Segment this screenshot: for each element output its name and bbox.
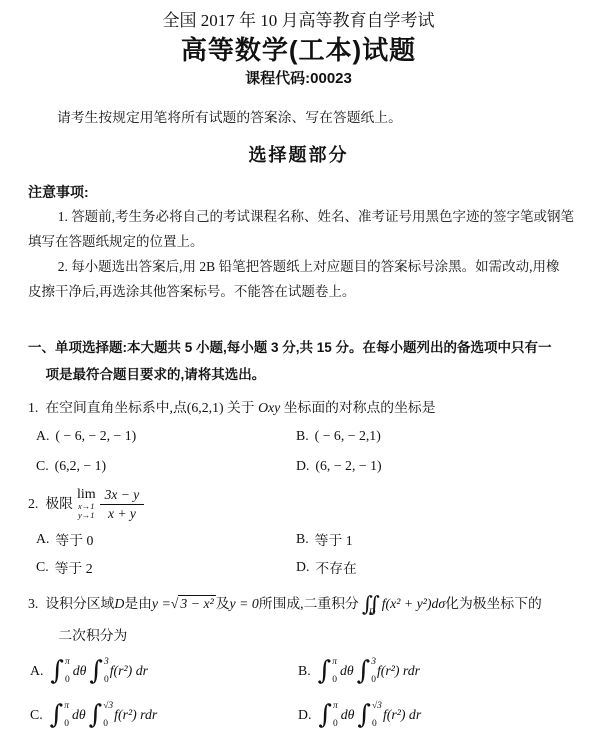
answer-sheet-instruction: 请考生按规定用笔将所有试题的答案涂、写在答题纸上。	[28, 107, 569, 129]
q1-option-a: A.( − 6, − 2, − 1)	[36, 428, 296, 444]
question-3-options-row-2: C. ∫π0 dθ ∫√30 f(r²) rdr D. ∫π0 dθ ∫√30 …	[28, 693, 569, 737]
fraction: 3x − y x + y	[100, 487, 145, 522]
q2-option-a-text: 等于 0	[55, 529, 93, 549]
question-3-stem-line-2: 二次积分为	[28, 623, 569, 649]
sqrt-expression: √3 − x²	[171, 589, 216, 619]
question-1-options-row-1: A.( − 6, − 2, − 1) B.( − 6, − 2,1)	[28, 421, 569, 451]
q3-a-integrand: f(r²) dr	[110, 663, 148, 679]
question-2-number: 2.	[28, 491, 38, 517]
q1-option-c-text: (6,2, − 1)	[55, 458, 106, 474]
question-2-stem: 2.极限 lim x→1 y→1 3x − y x + y	[28, 483, 569, 525]
q3-d-outer-integral: ∫π0	[318, 700, 337, 730]
q3-c-inner-lower: 0	[103, 719, 113, 729]
q3-c-dtheta: dθ	[72, 707, 86, 723]
q3-c-outer-lower: 0	[64, 719, 69, 729]
q3-c-outer-integral: ∫π0	[50, 700, 69, 730]
q1-option-b: B.( − 6, − 2,1)	[296, 428, 569, 444]
q3-a-dtheta: dθ	[73, 663, 87, 679]
q3-c-outer-upper: π	[64, 701, 69, 711]
q3-c-integrand: f(r²) rdr	[114, 707, 157, 723]
integral-sign: ∫	[357, 701, 371, 729]
q2-option-b-label: B.	[296, 531, 309, 547]
q1-option-c: C.(6,2, − 1)	[36, 458, 296, 474]
limit-notation: lim x→1 y→1	[77, 488, 96, 520]
q3-b-integrand: f(r²) rdr	[377, 663, 420, 679]
integral-sign: ∫	[318, 657, 332, 685]
q3-b-outer-lower: 0	[332, 675, 337, 685]
double-integral-domain: D	[369, 597, 376, 627]
question-1: 1.在空间直角坐标系中,点(6,2,1) 关于 Oxy 坐标面的对称点的坐标是 …	[28, 395, 569, 481]
question-2-options-row-1: A.等于 0 B.等于 1	[28, 525, 569, 553]
q3-a-outer-lower: 0	[65, 675, 70, 685]
q3-text-4: 所围成,二重积分	[259, 589, 359, 619]
integral-sign: ∫	[50, 657, 64, 685]
paper-title: 高等数学(工本)试题	[28, 34, 569, 66]
integral-sign: ∫	[89, 657, 103, 685]
q2-option-c: C.等于 2	[36, 557, 296, 577]
q1-option-d: D.(6, − 2, − 1)	[296, 458, 569, 474]
exam-session-line: 全国 2017 年 10 月高等教育自学考试	[28, 8, 569, 34]
q3-d-inner-integral: ∫√30	[357, 700, 382, 730]
q3-integrand: f(x² + y²)dσ	[382, 589, 445, 619]
q3-line-eq: y = 0	[230, 589, 259, 619]
question-2: 2.极限 lim x→1 y→1 3x − y x + y A.等于 0 B.等…	[28, 483, 569, 581]
question-1-options-row-2: C.(6,2, − 1) D.(6, − 2, − 1)	[28, 451, 569, 481]
question-3-stem: 3.设积分区域 D 是由 y = √3 − x² 及 y = 0 所围成,二重积…	[28, 589, 569, 619]
exam-paper-page: 全国 2017 年 10 月高等教育自学考试 高等数学(工本)试题 课程代码:0…	[0, 0, 597, 756]
q1-option-d-text: (6, − 2, − 1)	[315, 458, 381, 474]
q2-option-d-text: 不存在	[315, 557, 356, 577]
q3-a-outer-upper: π	[65, 657, 70, 667]
question-1-number: 1.	[28, 400, 38, 415]
course-code: 课程代码:00023	[28, 68, 569, 90]
note-2-line-1: 2. 每小题选出答案后,用 2B 铅笔把答题纸上对应题目的答案标号涂黑。如需改动…	[28, 254, 569, 279]
integral-sign: ∫	[357, 657, 371, 685]
q3-b-dtheta: dθ	[340, 663, 354, 679]
q2-option-a-label: A.	[36, 531, 49, 547]
note-2-line-2: 皮擦干净后,再选涂其他答案标号。不能答在试题卷上。	[28, 279, 569, 304]
note-1-line-1: 1. 答题前,考生务必将自己的考试课程名称、姓名、准考证号用黑色字迹的签字笔或钢…	[28, 204, 569, 229]
q2-option-c-label: C.	[36, 559, 49, 575]
q3-option-c-label: C.	[30, 707, 43, 723]
q1-option-c-label: C.	[36, 458, 49, 474]
question-1-text: 在空间直角坐标系中,点(6,2,1) 关于	[45, 400, 258, 415]
q3-text-1: 设积分区域	[45, 589, 114, 619]
q2-option-c-text: 等于 2	[55, 557, 93, 577]
q3-option-d-label: D.	[298, 707, 311, 723]
q3-d-dtheta: dθ	[341, 707, 355, 723]
q3-b-inner-upper: 3	[371, 657, 376, 667]
double-integral: ∬D	[362, 589, 380, 619]
notes-title: 注意事项:	[28, 180, 569, 204]
question-3-options-row-1: A. ∫π0 dθ ∫30 f(r²) dr B. ∫π0 dθ ∫30 f(r…	[28, 649, 569, 693]
q3-text-2: 是由	[124, 589, 152, 619]
q3-option-a-label: A.	[30, 663, 43, 679]
limit-word: lim	[77, 488, 96, 502]
q2-option-b: B.等于 1	[296, 529, 569, 549]
q2-option-a: A.等于 0	[36, 529, 296, 549]
q3-curve-eq-lhs: y =	[152, 589, 171, 619]
q3-region-var: D	[114, 589, 124, 619]
q3-d-integrand: f(r²) dr	[383, 707, 421, 723]
q3-b-inner-lower: 0	[371, 675, 376, 685]
q3-d-inner-lower: 0	[372, 719, 382, 729]
paper-header: 全国 2017 年 10 月高等教育自学考试 高等数学(工本)试题 课程代码:0…	[28, 8, 569, 90]
part1-heading-line-2: 项是最符合题目要求的,请将其选出。	[28, 361, 569, 388]
question-3: 3.设积分区域 D 是由 y = √3 − x² 及 y = 0 所围成,二重积…	[28, 589, 569, 737]
q3-text-5: 化为极坐标下的	[445, 589, 542, 619]
fraction-denominator: x + y	[108, 505, 136, 522]
q3-b-outer-integral: ∫π0	[318, 656, 337, 686]
question-1-text-tail: 坐标面的对称点的坐标是	[280, 400, 435, 415]
q3-option-c: C. ∫π0 dθ ∫√30 f(r²) rdr	[30, 700, 298, 730]
q3-d-outer-lower: 0	[333, 719, 338, 729]
q1-option-b-label: B.	[296, 428, 309, 444]
question-1-stem: 1.在空间直角坐标系中,点(6,2,1) 关于 Oxy 坐标面的对称点的坐标是	[28, 395, 569, 421]
q3-c-inner-integral: ∫√30	[89, 700, 114, 730]
question-2-text: 极限	[45, 491, 73, 517]
q2-option-d-label: D.	[296, 559, 309, 575]
notes-block: 注意事项: 1. 答题前,考生务必将自己的考试课程名称、姓名、准考证号用黑色字迹…	[28, 180, 569, 304]
q1-option-a-label: A.	[36, 428, 49, 444]
integral-sign: ∫	[318, 701, 332, 729]
integral-sign: ∫	[50, 701, 64, 729]
note-1-line-2: 填写在答题纸规定的位置上。	[28, 229, 569, 254]
q2-option-d: D.不存在	[296, 557, 569, 577]
q3-option-b-label: B.	[298, 663, 311, 679]
q1-option-a-text: ( − 6, − 2, − 1)	[55, 428, 136, 444]
q3-a-inner-lower: 0	[104, 675, 109, 685]
q2-option-b-text: 等于 1	[315, 529, 353, 549]
integral-sign: ∫	[89, 701, 103, 729]
question-3-number: 3.	[28, 589, 38, 619]
section-title: 选择题部分	[28, 142, 569, 168]
limit-subscript-y: y→1	[78, 511, 95, 520]
question-1-plane-var: Oxy	[258, 400, 280, 415]
q3-option-a: A. ∫π0 dθ ∫30 f(r²) dr	[30, 656, 298, 686]
q3-option-b: B. ∫π0 dθ ∫30 f(r²) rdr	[298, 656, 566, 686]
q3-a-inner-upper: 3	[104, 657, 109, 667]
part1-heading-line-1: 一、单项选择题:本大题共 5 小题,每小题 3 分,共 15 分。在每小题列出的…	[28, 334, 569, 361]
part1-heading: 一、单项选择题:本大题共 5 小题,每小题 3 分,共 15 分。在每小题列出的…	[28, 334, 569, 388]
q3-a-inner-integral: ∫30	[89, 656, 108, 686]
sqrt-radicand: 3 − x²	[178, 595, 215, 611]
q3-text-3: 及	[216, 589, 230, 619]
q3-b-outer-upper: π	[332, 657, 337, 667]
q3-option-d: D. ∫π0 dθ ∫√30 f(r²) dr	[298, 700, 566, 730]
q1-option-b-text: ( − 6, − 2,1)	[315, 428, 381, 444]
q3-b-inner-integral: ∫30	[357, 656, 376, 686]
q3-a-outer-integral: ∫π0	[50, 656, 69, 686]
q1-option-d-label: D.	[296, 458, 309, 474]
q3-d-inner-upper: √3	[372, 701, 382, 711]
question-2-options-row-2: C.等于 2 D.不存在	[28, 553, 569, 581]
fraction-numerator: 3x − y	[100, 487, 145, 505]
q3-d-outer-upper: π	[333, 701, 338, 711]
q3-c-inner-upper: √3	[103, 701, 113, 711]
